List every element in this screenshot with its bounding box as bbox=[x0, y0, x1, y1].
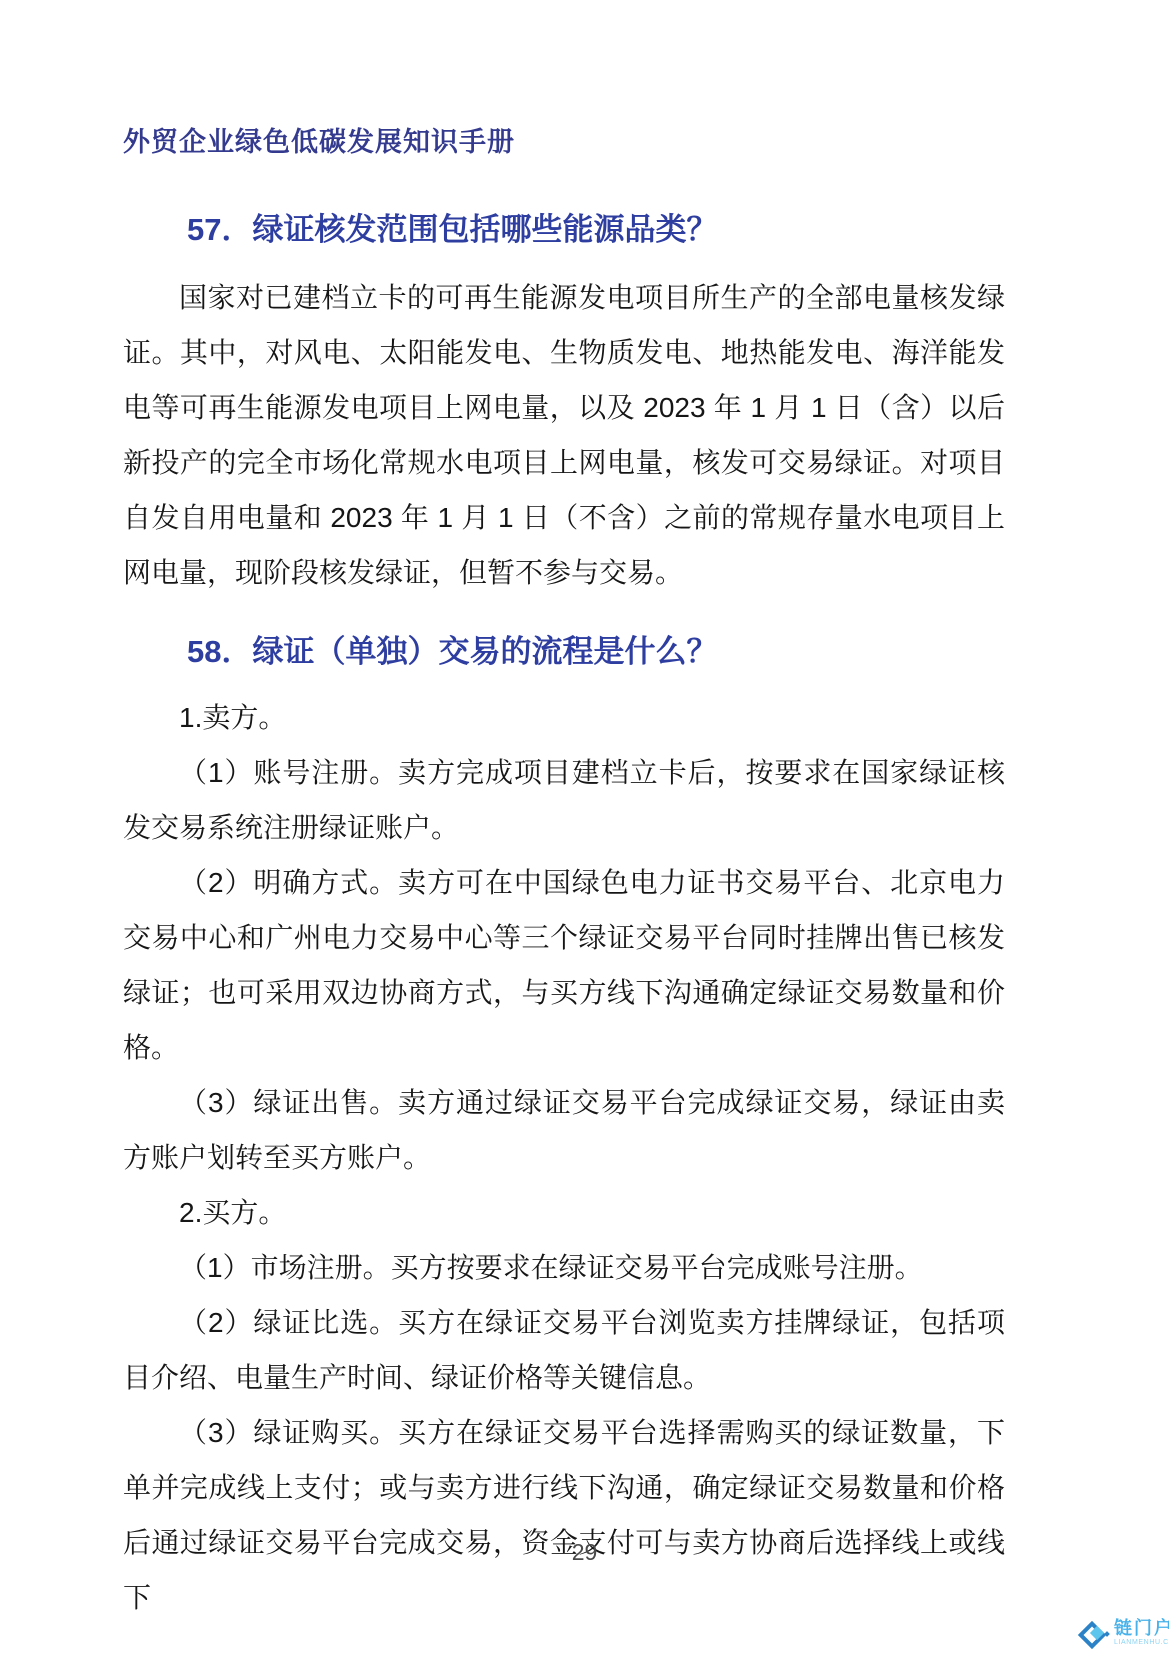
section-58-heading: 58．绿证（单独）交易的流程是什么？ bbox=[123, 632, 1069, 672]
paragraph: （3）绿证出售。卖方通过绿证交易平台完成绿证交易，绿证由卖方账户划转至买方账户。 bbox=[123, 1075, 1005, 1185]
brand-text: 链门户 LIANMENHU.COM bbox=[1114, 1618, 1169, 1647]
brand-logo: 链门户 LIANMENHU.COM bbox=[1077, 1614, 1169, 1653]
section-57-heading: 57．绿证核发范围包括哪些能源品类？ bbox=[123, 210, 1069, 250]
document-page: 外贸企业绿色低碳发展知识手册 57．绿证核发范围包括哪些能源品类？ 国家对已建档… bbox=[0, 0, 1169, 1653]
paragraph: （2）明确方式。卖方可在中国绿色电力证书交易平台、北京电力交易中心和广州电力交易… bbox=[123, 855, 1005, 1075]
paragraph: （1）市场注册。买方按要求在绿证交易平台完成账号注册。 bbox=[123, 1240, 1005, 1295]
document-header: 外贸企业绿色低碳发展知识手册 bbox=[123, 126, 515, 158]
diamond-logo-icon bbox=[1077, 1617, 1110, 1650]
brand-name: 链门户 bbox=[1114, 1618, 1169, 1638]
page-number: 29 bbox=[0, 1538, 1169, 1566]
paragraph: （3）绿证购买。买方在绿证交易平台选择需购买的绿证数量，下单并完成线上支付；或与… bbox=[123, 1405, 1005, 1625]
paragraph: 国家对已建档立卡的可再生能源发电项目所生产的全部电量核发绿证。其中，对风电、太阳… bbox=[123, 270, 1005, 600]
paragraph: （1）账号注册。卖方完成项目建档立卡后，按要求在国家绿证核发交易系统注册绿证账户… bbox=[123, 745, 1005, 855]
paragraph: 1.卖方。 bbox=[123, 690, 1005, 745]
section-57-body: 国家对已建档立卡的可再生能源发电项目所生产的全部电量核发绿证。其中，对风电、太阳… bbox=[123, 270, 1005, 600]
paragraph: （2）绿证比选。买方在绿证交易平台浏览卖方挂牌绿证，包括项目介绍、电量生产时间、… bbox=[123, 1295, 1005, 1405]
paragraph: 2.买方。 bbox=[123, 1185, 1005, 1240]
brand-domain: LIANMENHU.COM bbox=[1114, 1639, 1169, 1647]
section-58-body: 1.卖方。 （1）账号注册。卖方完成项目建档立卡后，按要求在国家绿证核发交易系统… bbox=[123, 690, 1005, 1625]
